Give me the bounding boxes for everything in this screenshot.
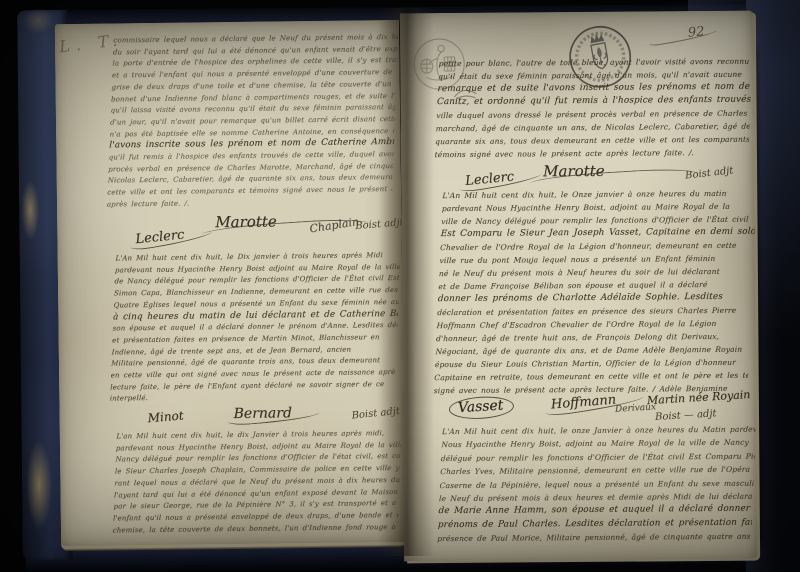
left-page-text-column: commissaire lequel nous a déclaré que le… bbox=[109, 32, 400, 541]
manuscript-line: présence de Paul Morice, Militaire pensi… bbox=[437, 530, 752, 546]
signature-leclerc: Leclerc bbox=[465, 169, 515, 189]
act-text-block: L'an Mil huit cent dix huit, le dix Janv… bbox=[112, 428, 401, 537]
act-text-block: commissaire lequel nous a déclaré que le… bbox=[107, 32, 399, 211]
act-text-block: L'An Mil huit cent dix huit, le onze Jan… bbox=[437, 423, 756, 546]
signature-boist-adjoint: Boist adjt bbox=[685, 165, 734, 181]
signature-minot: Minot bbox=[147, 408, 184, 425]
signature-vasset: Vasset bbox=[448, 395, 515, 421]
folio-number: 92 bbox=[687, 24, 705, 40]
signature-hoffmann: Hoffmann bbox=[550, 392, 616, 412]
act-text-block: petite pour blanc, l'autre de toile bleu… bbox=[434, 55, 753, 162]
archival-scan-background: L. T. commissaire lequel nous a déclaré … bbox=[0, 0, 800, 572]
act-text-block: L'An Mil huit cent dix huit, le Onze jan… bbox=[433, 187, 756, 398]
signature-bernard: Bernard bbox=[234, 405, 292, 422]
cover-wear-mark bbox=[21, 180, 40, 240]
signature-leclerc: Leclerc bbox=[135, 227, 185, 247]
cover-wear-mark bbox=[26, 440, 53, 530]
right-page-text-column: petite pour blanc, l'autre de toile bleu… bbox=[436, 55, 754, 558]
signature-marotte: Marotte bbox=[543, 162, 605, 180]
signature-boist-adjoint: Boist adjt bbox=[351, 406, 400, 422]
act-text-block: L'An Mil huit cent dix huit, le Dix janv… bbox=[110, 250, 401, 406]
signature-boist-adjoint: Boist — adjt bbox=[655, 408, 717, 423]
manuscript-line: quarante six ans, tous deux demeurant en… bbox=[435, 133, 750, 148]
left-page: L. T. commissaire lequel nous a déclaré … bbox=[55, 20, 405, 546]
signature-chaplain: Chaplain bbox=[309, 215, 360, 235]
manuscript-line: témoins signé avec nous le présent acte … bbox=[434, 146, 749, 161]
right-page: 92 petite pour blanc, l'autre de toile b… bbox=[400, 11, 757, 562]
cover-wear-mark bbox=[23, 8, 53, 34]
signature-boist-adjoint: Boist adjt bbox=[355, 217, 404, 232]
signature-marotte: Marotte bbox=[215, 212, 277, 231]
manuscript-line: après lecture faite. /. bbox=[107, 196, 392, 211]
